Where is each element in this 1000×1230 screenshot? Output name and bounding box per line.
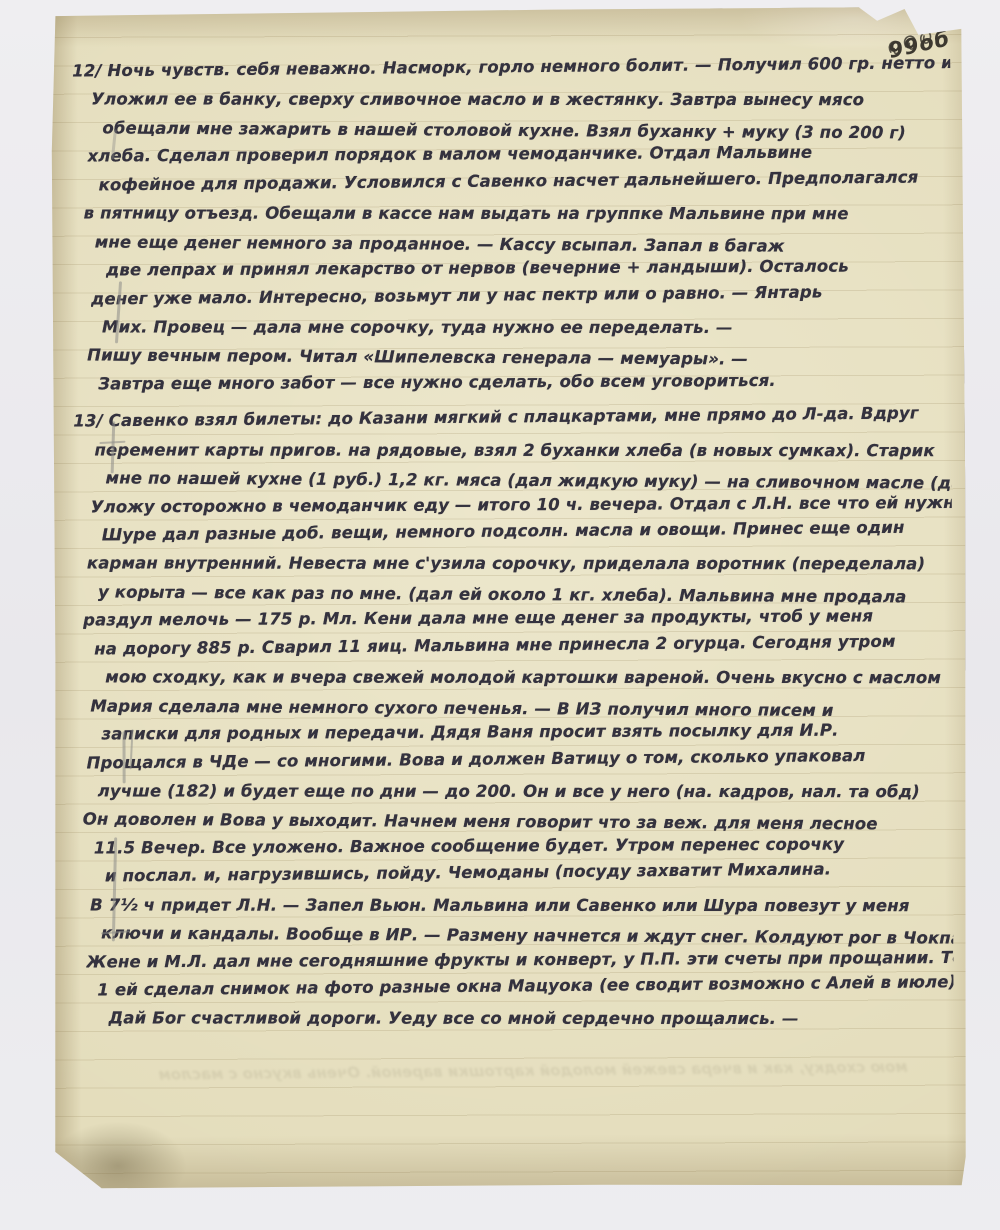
handwritten-line: 12/ Ночь чувств. себя неважно. Насморк, …	[72, 49, 950, 86]
handwritten-line: Мих. Провец — дала мне сорочку, туда нуж…	[102, 313, 951, 342]
handwriting-lines: 12/ Ночь чувств. себя неважно. Насморк, …	[72, 54, 954, 1069]
pencil-margin-double-stroke	[122, 731, 125, 783]
handwritten-line: Уложил ее в банку, сверху сливочное масл…	[91, 86, 950, 115]
handwritten-line: Завтра еще много забот — все нужно сдела…	[98, 366, 951, 399]
handwritten-line: мою сходку, как и вчера свежей молодой к…	[105, 664, 952, 693]
manuscript-page: 99об 12/ Ночь чувств. себя неважно. Насм…	[50, 6, 968, 1189]
handwritten-line: В 7½ ч придет Л.Н. — Запел Вьюн. Мальвин…	[90, 891, 953, 920]
handwritten-line: в пятницу отъезд. Обещали в кассе нам вы…	[84, 200, 951, 229]
handwritten-line: лучше (182) и будет еще по дни — до 200.…	[98, 777, 953, 806]
handwritten-line: 13/ Савенко взял билеты: до Казани мягки…	[73, 399, 951, 436]
handwritten-line: Дай Бог счастливой дороги. Уеду все со м…	[108, 1005, 953, 1034]
handwritten-line: карман внутренний. Невеста мне с'узила с…	[87, 550, 952, 579]
handwritten-line: переменит карты пригов. на рядовые, взял…	[94, 436, 951, 465]
